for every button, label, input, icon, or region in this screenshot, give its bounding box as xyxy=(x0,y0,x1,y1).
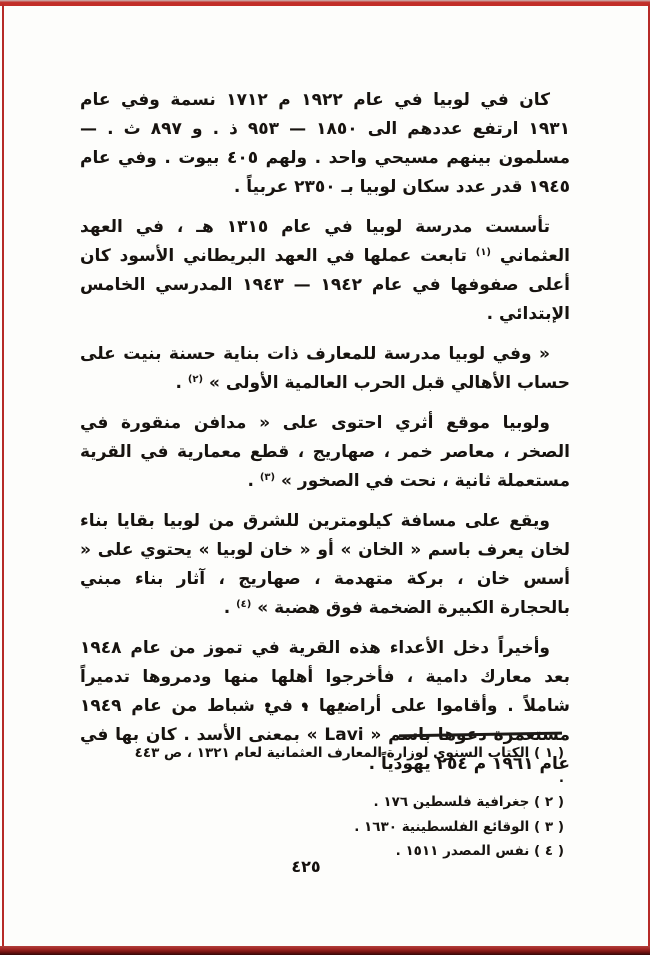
footnote-3: ( ٣ ) الوقائع الفلسطينية ١٦٣٠ . xyxy=(134,815,564,840)
paragraph-text: كان في لوبيا في عام ١٩٢٢ م ١٧١٢ نسمة وفي… xyxy=(80,90,570,197)
page-number: ٤٢٥ xyxy=(0,857,612,876)
footnotes: ( ١ ) الكتاب السنوي لوزارة المعارف العثم… xyxy=(134,741,564,864)
paragraph-population: كان في لوبيا في عام ١٩٢٢ م ١٧١٢ نسمة وفي… xyxy=(80,86,570,202)
scanned-book-page: كان في لوبيا في عام ١٩٢٢ م ١٧١٢ نسمة وفي… xyxy=(0,0,650,955)
paragraph-khan: ويقع على مسافة كيلومترين للشرق من لوبيا … xyxy=(80,507,570,623)
footnote-ref-1: (١) xyxy=(476,247,491,258)
paragraph-text: . xyxy=(247,471,259,491)
footnote-ref-2: (٢) xyxy=(188,374,203,385)
paragraph-school: تأسست مدرسة لوبيا في عام ١٣١٥ هـ ، في ال… xyxy=(80,213,570,329)
section-separator: • • • xyxy=(0,697,620,715)
paragraph-text: « وفي لوبيا مدرسة للمعارف ذات بناية حسنة… xyxy=(80,344,570,393)
scan-frame-left xyxy=(2,4,4,949)
footnote-ref-4: (٤) xyxy=(236,599,251,610)
paragraph-school-quote: « وفي لوبيا مدرسة للمعارف ذات بناية حسنة… xyxy=(80,340,570,398)
paragraph-text: ويقع على مسافة كيلومترين للشرق من لوبيا … xyxy=(80,511,570,618)
paragraph-text: . xyxy=(224,598,236,618)
paragraph-text: ولوبيا موقع أثري احتوى على « مدافن منقور… xyxy=(80,413,570,491)
paragraph-text: . xyxy=(175,373,187,393)
scan-frame-top xyxy=(0,0,650,6)
page-body: كان في لوبيا في عام ١٩٢٢ م ١٧١٢ نسمة وفي… xyxy=(80,86,570,779)
scan-frame-bottom xyxy=(0,946,650,955)
footnote-ref-3: (٣) xyxy=(260,472,275,483)
paragraph-archaeology: ولوبيا موقع أثري احتوى على « مدافن منقور… xyxy=(80,409,570,496)
footnote-1: ( ١ ) الكتاب السنوي لوزارة المعارف العثم… xyxy=(134,741,564,790)
footnote-2: ( ٢ ) جغرافية فلسطين ١٧٦ . xyxy=(134,790,564,815)
